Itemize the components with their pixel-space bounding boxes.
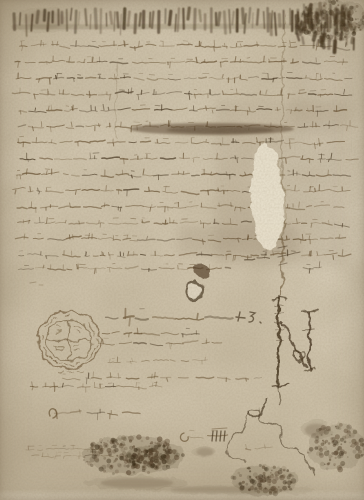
photo-grain xyxy=(0,0,364,500)
manuscript-scan xyxy=(0,0,364,500)
manuscript-image xyxy=(0,0,364,500)
